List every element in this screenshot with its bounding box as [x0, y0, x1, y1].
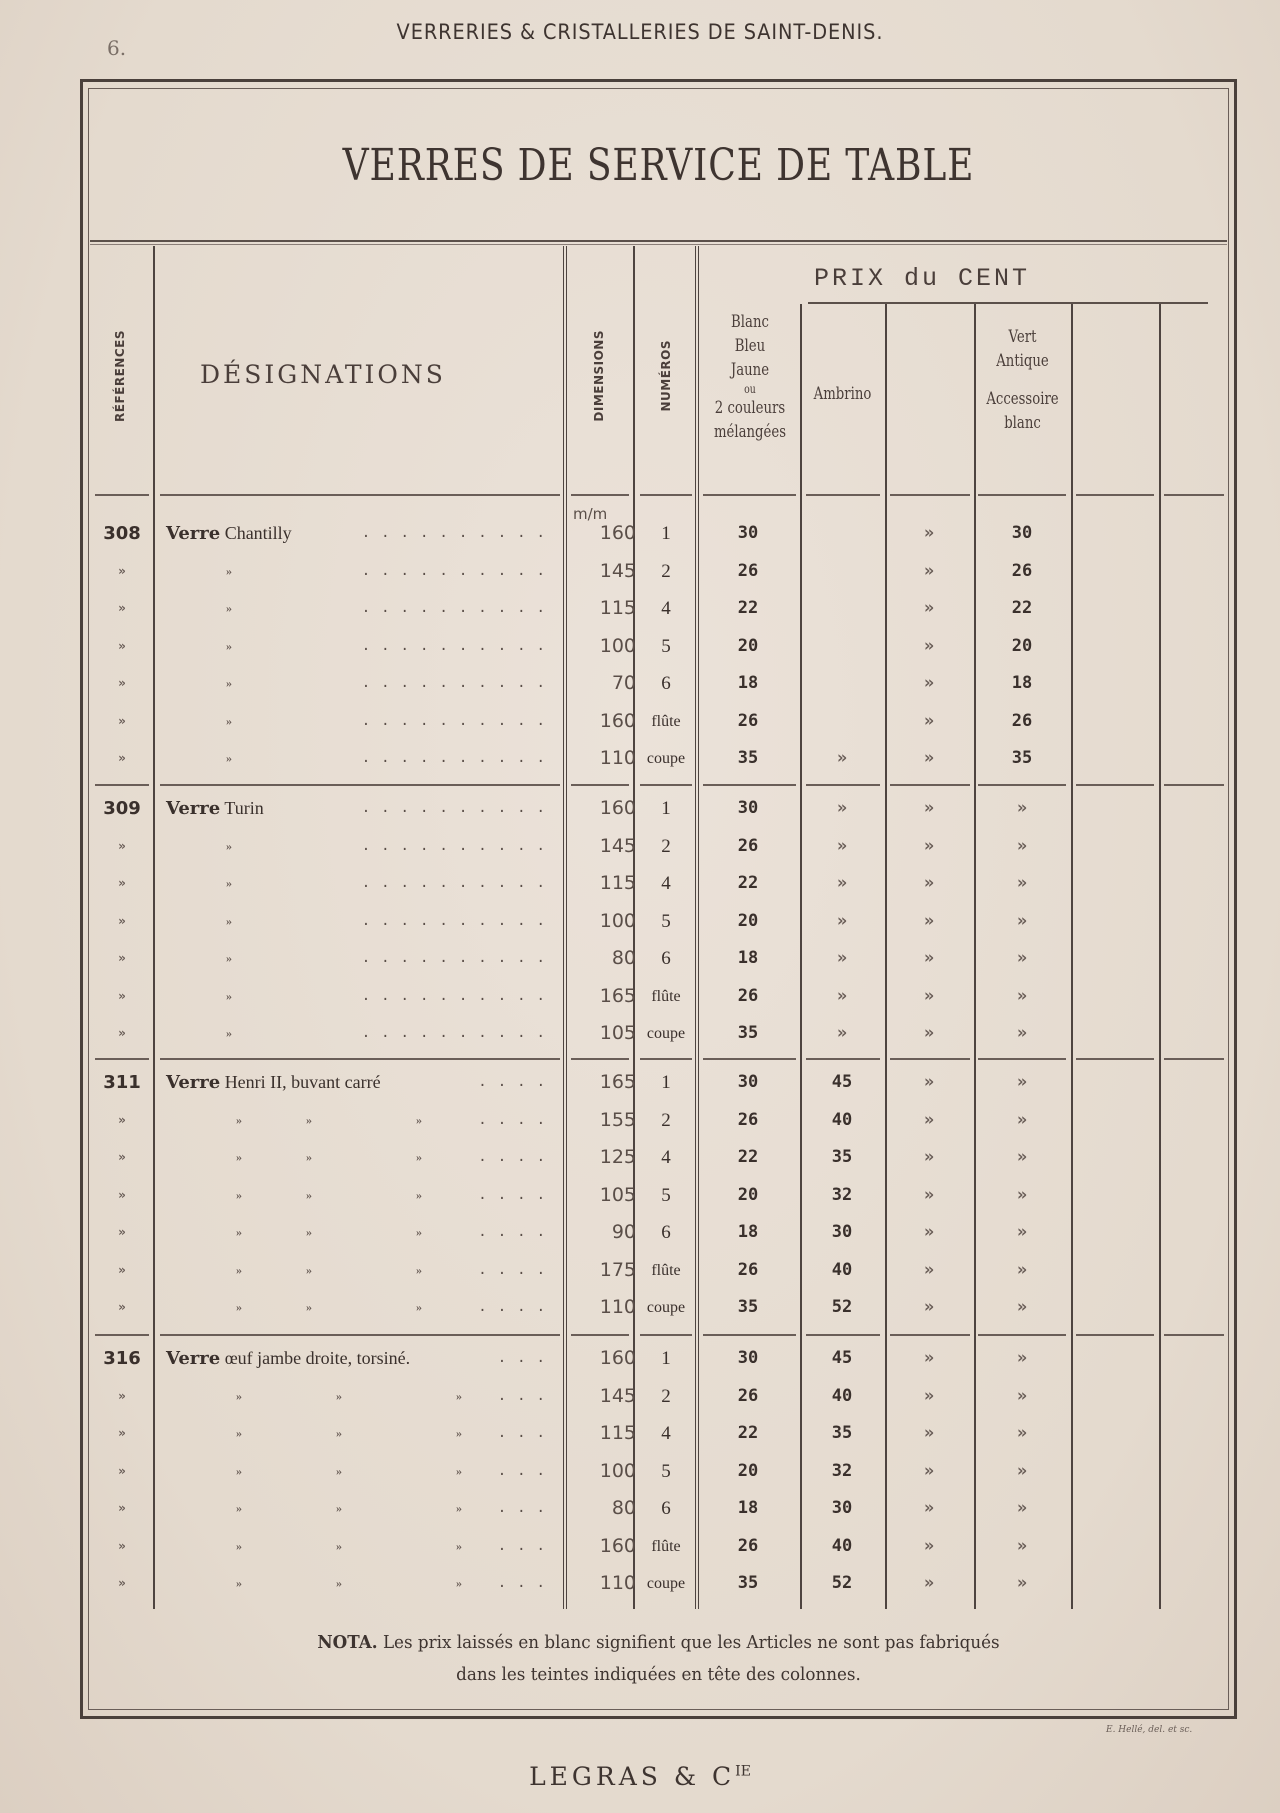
ditto-mark: » [92, 940, 152, 977]
designation-verre: Verre [166, 798, 220, 819]
ditto-mark: » [306, 1102, 312, 1139]
header-col-vert: Vert Antique Accessoire blanc [978, 325, 1068, 435]
table-row: 309Verre Turin..........160130»»» [88, 790, 1229, 827]
group-rule [890, 1334, 970, 1336]
group-rule [1076, 784, 1154, 786]
group-rule [1076, 1334, 1154, 1336]
catalog-page: 6. VERRERIES & CRISTALLERIES DE SAINT-DE… [0, 0, 1280, 1813]
numero-value: 4 [636, 1415, 696, 1452]
dimension-value: 100 [568, 1453, 636, 1490]
header-vert-line: Vert [978, 325, 1068, 349]
dot-leader: .......... [362, 865, 556, 902]
dot-leader: .......... [362, 553, 556, 590]
dimension-value: 105 [568, 1177, 636, 1214]
ditto-mark: » [416, 1139, 422, 1176]
price-vert: » [974, 1528, 1070, 1565]
designation: »»»... [166, 1528, 556, 1565]
rule [640, 494, 692, 496]
numero-value: coupe [636, 1565, 696, 1602]
table-row: »»»»....10552032»» [88, 1177, 1229, 1214]
price-blanc: 26 [700, 1102, 796, 1139]
numero-value: 5 [636, 1177, 696, 1214]
ditto-mark: » [336, 1378, 342, 1415]
table-row: »»..........145226»26 [88, 553, 1229, 590]
price-col3: » [885, 940, 973, 977]
designation-verre: Verre [166, 1072, 220, 1093]
designation: ».......... [166, 1015, 556, 1052]
designation: »»»... [166, 1453, 556, 1490]
header-blanc-line: 2 couleurs [703, 396, 797, 420]
ditto-mark: » [226, 665, 232, 702]
table-row: 311Verre Henri II, buvant carré....16513… [88, 1064, 1229, 1101]
table-row: »»»»....110coupe3552»» [88, 1289, 1229, 1326]
ditto-mark: » [92, 1378, 152, 1415]
price-ambrino: 35 [800, 1139, 884, 1176]
price-col3: » [885, 1565, 973, 1602]
group-rule [978, 1334, 1066, 1336]
price-blanc: 30 [700, 515, 796, 552]
designation: »»»... [166, 1378, 556, 1415]
price-blanc: 35 [700, 1015, 796, 1052]
designation: ».......... [166, 828, 556, 865]
price-ambrino: 40 [800, 1528, 884, 1565]
dimension-value: 160 [568, 1528, 636, 1565]
rule [1164, 494, 1224, 496]
reference-number: 308 [92, 515, 152, 552]
dimension-value: 115 [568, 865, 636, 902]
table-row: »»..........105coupe35»»» [88, 1015, 1229, 1052]
price-blanc: 18 [700, 665, 796, 702]
price-ambrino: 45 [800, 1064, 884, 1101]
price-blanc: 18 [700, 940, 796, 977]
ditto-mark: » [236, 1177, 242, 1214]
header-prix-du-cent: PRIX du CENT [814, 264, 1030, 293]
price-vert: » [974, 1378, 1070, 1415]
dot-leader: .......... [362, 940, 556, 977]
numero-value: flûte [636, 703, 696, 740]
ditto-mark: » [226, 553, 232, 590]
numero-value: coupe [636, 1289, 696, 1326]
group-rule [703, 1058, 796, 1060]
numero-value: 1 [636, 1064, 696, 1101]
price-vert: 30 [974, 515, 1070, 552]
ditto-mark: » [226, 865, 232, 902]
dimension-value: 145 [568, 1378, 636, 1415]
price-blanc: 35 [700, 740, 796, 777]
table-row: »»..........80618»»» [88, 940, 1229, 977]
price-ambrino: » [800, 828, 884, 865]
table-row: »»..........160flûte26»26 [88, 703, 1229, 740]
price-ambrino [800, 515, 884, 552]
ditto-mark: » [92, 978, 152, 1015]
price-vert: » [974, 1252, 1070, 1289]
group-rule [571, 1058, 629, 1060]
ditto-mark: » [236, 1102, 242, 1139]
table-row: »»..........115422»»» [88, 865, 1229, 902]
designation: ».......... [166, 903, 556, 940]
group-rule [640, 1334, 692, 1336]
engraver-credit: E. Hellé, del. et sc. [1106, 1725, 1192, 1735]
dot-leader: ... [498, 1378, 556, 1415]
table-row: »»»»....175flûte2640»» [88, 1252, 1229, 1289]
ditto-mark: » [236, 1490, 242, 1527]
price-blanc: 22 [700, 865, 796, 902]
designation: ».......... [166, 628, 556, 665]
price-col3: » [885, 703, 973, 740]
dot-leader: .......... [362, 590, 556, 627]
price-ambrino: 45 [800, 1340, 884, 1377]
ditto-mark: » [92, 865, 152, 902]
price-blanc: 18 [700, 1214, 796, 1251]
table-row: »»»»...8061830»» [88, 1490, 1229, 1527]
numero-value: 2 [636, 1378, 696, 1415]
price-vert: 26 [974, 703, 1070, 740]
ditto-mark: » [336, 1565, 342, 1602]
price-col3: » [885, 828, 973, 865]
price-ambrino: 52 [800, 1565, 884, 1602]
numero-value: 6 [636, 940, 696, 977]
price-col3: » [885, 1528, 973, 1565]
price-vert: 35 [974, 740, 1070, 777]
price-col3: » [885, 1064, 973, 1101]
header-blanc-line: Bleu [703, 334, 797, 358]
price-vert: » [974, 1565, 1070, 1602]
ditto-mark: » [92, 1214, 152, 1251]
price-blanc: 26 [700, 703, 796, 740]
rule [160, 494, 560, 496]
table-row: 316Verre œuf jambe droite, torsiné....16… [88, 1340, 1229, 1377]
group-rule [890, 784, 970, 786]
dot-leader: ... [498, 1415, 556, 1452]
group-rule [640, 784, 692, 786]
header-vert-line: Accessoire [978, 387, 1068, 411]
table-row: »»»»...14522640»» [88, 1378, 1229, 1415]
header-designations: DÉSIGNATIONS [200, 360, 446, 389]
ditto-mark: » [92, 703, 152, 740]
table-row: »»..........100520»»» [88, 903, 1229, 940]
publisher-footer: LEGRAS & CIE [0, 1762, 1280, 1791]
ditto-mark: » [416, 1289, 422, 1326]
dimension-value: 115 [568, 1415, 636, 1452]
ditto-mark: » [226, 903, 232, 940]
ditto-mark: » [306, 1177, 312, 1214]
ditto-mark: » [92, 1139, 152, 1176]
price-ambrino: » [800, 940, 884, 977]
page-title: VERRES DE SERVICE DE TABLE [191, 140, 1127, 191]
designation: Verre œuf jambe droite, torsiné.... [166, 1340, 556, 1377]
price-blanc: 20 [700, 1453, 796, 1490]
group-rule [160, 1058, 560, 1060]
rule [890, 494, 970, 496]
numero-value: 2 [636, 1102, 696, 1139]
header-numeros: NUMÉROS [659, 340, 673, 412]
dot-leader: .......... [362, 628, 556, 665]
designation: »»».... [166, 1139, 556, 1176]
price-ambrino [800, 553, 884, 590]
group-rule [95, 784, 149, 786]
price-ambrino: 32 [800, 1453, 884, 1490]
header-vert-line: blanc [978, 411, 1068, 435]
ditto-mark: » [236, 1415, 242, 1452]
group-rule [806, 1058, 880, 1060]
dot-leader: .......... [362, 665, 556, 702]
ditto-mark: » [236, 1378, 242, 1415]
ditto-mark: » [226, 703, 232, 740]
dimension-value: 110 [568, 740, 636, 777]
dot-leader: .... [478, 1139, 556, 1176]
price-ambrino: 40 [800, 1252, 884, 1289]
ditto-mark: » [92, 628, 152, 665]
designation-verre: Verre [166, 523, 220, 544]
designation-name: œuf jambe droite, torsiné. [225, 1348, 410, 1368]
ditto-mark: » [236, 1214, 242, 1251]
dot-leader: .......... [362, 1015, 556, 1052]
rule [571, 494, 629, 496]
dot-leader: ... [498, 1490, 556, 1527]
price-ambrino [800, 703, 884, 740]
dimension-value: 70 [568, 665, 636, 702]
price-ambrino: 30 [800, 1214, 884, 1251]
price-col3: » [885, 978, 973, 1015]
numero-value: 1 [636, 515, 696, 552]
price-ambrino: 30 [800, 1490, 884, 1527]
ditto-mark: » [456, 1490, 462, 1527]
dot-leader: ... [498, 1453, 556, 1490]
price-ambrino [800, 590, 884, 627]
dot-leader: .... [478, 1289, 556, 1326]
ditto-mark: » [226, 1015, 232, 1052]
ditto-mark: » [92, 1177, 152, 1214]
price-col3: » [885, 1015, 973, 1052]
price-blanc: 26 [700, 978, 796, 1015]
table-row: »»»»....12542235»» [88, 1139, 1229, 1176]
ditto-mark: » [92, 553, 152, 590]
table-row: »»..........70618»18 [88, 665, 1229, 702]
numero-value: coupe [636, 740, 696, 777]
ditto-mark: » [336, 1415, 342, 1452]
ditto-mark: » [92, 1565, 152, 1602]
group-rule [703, 784, 796, 786]
group-rule [640, 1058, 692, 1060]
table-row: »»»»...110coupe3552»» [88, 1565, 1229, 1602]
rule [703, 494, 796, 496]
price-vert: » [974, 1177, 1070, 1214]
price-ambrino: 35 [800, 1415, 884, 1452]
dimension-value: 100 [568, 628, 636, 665]
group-rule [703, 1334, 796, 1336]
group-rule [1164, 1334, 1224, 1336]
price-col3: » [885, 1289, 973, 1326]
numero-value: coupe [636, 1015, 696, 1052]
price-ambrino: » [800, 978, 884, 1015]
ditto-mark: » [226, 828, 232, 865]
price-ambrino: » [800, 903, 884, 940]
ditto-mark: » [236, 1252, 242, 1289]
designation: ».......... [166, 703, 556, 740]
price-blanc: 20 [700, 628, 796, 665]
designation-name: Turin [224, 798, 263, 818]
rule [806, 494, 880, 496]
price-vert: » [974, 1214, 1070, 1251]
price-blanc: 35 [700, 1289, 796, 1326]
ditto-mark: » [92, 1415, 152, 1452]
designation: ».......... [166, 665, 556, 702]
group-rule [806, 784, 880, 786]
group-rule [160, 1334, 560, 1336]
header-col-blanc: Blanc Bleu Jaune ou 2 couleurs mélangées [703, 310, 797, 444]
dimension-value: 80 [568, 940, 636, 977]
dimension-value: 160 [568, 515, 636, 552]
price-vert: 22 [974, 590, 1070, 627]
price-blanc: 26 [700, 553, 796, 590]
price-col3: » [885, 1177, 973, 1214]
dimension-value: 145 [568, 828, 636, 865]
price-vert: » [974, 1453, 1070, 1490]
dimension-value: 160 [568, 703, 636, 740]
dot-leader: ... [498, 1565, 556, 1602]
table-row: »»..........165flûte26»»» [88, 978, 1229, 1015]
price-vert: 20 [974, 628, 1070, 665]
header-dimensions: DIMENSIONS [592, 330, 606, 422]
price-ambrino: 52 [800, 1289, 884, 1326]
rule [95, 494, 149, 496]
price-ambrino: 32 [800, 1177, 884, 1214]
price-vert: » [974, 1340, 1070, 1377]
ditto-mark: » [336, 1528, 342, 1565]
nota-footnote: NOTA. Les prix laissés en blanc signifie… [128, 1627, 1189, 1691]
price-blanc: 22 [700, 1415, 796, 1452]
ditto-mark: » [226, 628, 232, 665]
designation: ».......... [166, 865, 556, 902]
dot-leader: .......... [362, 828, 556, 865]
ditto-mark: » [226, 978, 232, 1015]
header-blanc-line: Blanc [703, 310, 797, 334]
numero-value: 5 [636, 903, 696, 940]
price-vert: » [974, 1415, 1070, 1452]
numero-value: 5 [636, 628, 696, 665]
price-blanc: 30 [700, 790, 796, 827]
ditto-mark: » [456, 1528, 462, 1565]
table-row: »»»»...160flûte2640»» [88, 1528, 1229, 1565]
dot-leader: .......... [362, 790, 556, 827]
price-blanc: 26 [700, 1378, 796, 1415]
designation: »»».... [166, 1102, 556, 1139]
price-col3: » [885, 865, 973, 902]
price-ambrino: » [800, 1015, 884, 1052]
group-rule [978, 784, 1066, 786]
price-ambrino: 40 [800, 1102, 884, 1139]
designation: ».......... [166, 740, 556, 777]
ditto-mark: » [336, 1490, 342, 1527]
price-vert: » [974, 1015, 1070, 1052]
group-rule [95, 1058, 149, 1060]
price-vert: » [974, 978, 1070, 1015]
price-col3: » [885, 1214, 973, 1251]
dot-leader: .......... [362, 740, 556, 777]
price-col3: » [885, 1340, 973, 1377]
dot-leader: .......... [362, 703, 556, 740]
price-blanc: 26 [700, 828, 796, 865]
ditto-mark: » [92, 590, 152, 627]
price-vert: » [974, 1490, 1070, 1527]
designation: »»».... [166, 1252, 556, 1289]
price-blanc: 22 [700, 1139, 796, 1176]
dot-leader: .... [478, 1064, 556, 1101]
ditto-mark: » [236, 1565, 242, 1602]
price-vert: 18 [974, 665, 1070, 702]
header-rule [90, 240, 1227, 245]
ditto-mark: » [456, 1415, 462, 1452]
ditto-mark: » [92, 903, 152, 940]
dimension-value: 80 [568, 1490, 636, 1527]
price-ambrino: » [800, 865, 884, 902]
dimension-value: 145 [568, 553, 636, 590]
dimension-value: 175 [568, 1252, 636, 1289]
designation: Verre Henri II, buvant carré.... [166, 1064, 556, 1101]
price-blanc: 22 [700, 590, 796, 627]
table-row: »»..........145226»»» [88, 828, 1229, 865]
dimension-value: 155 [568, 1102, 636, 1139]
price-col3: » [885, 665, 973, 702]
dimension-value: 105 [568, 1015, 636, 1052]
table-row: »»»»...10052032»» [88, 1453, 1229, 1490]
price-col3: » [885, 553, 973, 590]
designation: »»».... [166, 1177, 556, 1214]
designation: »»».... [166, 1214, 556, 1251]
ditto-mark: » [226, 740, 232, 777]
numero-value: 4 [636, 1139, 696, 1176]
price-vert: » [974, 940, 1070, 977]
price-col3: » [885, 1102, 973, 1139]
table-row: »»..........115422»22 [88, 590, 1229, 627]
price-col3: » [885, 1252, 973, 1289]
group-rule [571, 1334, 629, 1336]
table-row: »»»»...11542235»» [88, 1415, 1229, 1452]
numero-value: 5 [636, 1453, 696, 1490]
price-vert: » [974, 1139, 1070, 1176]
ditto-mark: » [236, 1289, 242, 1326]
price-blanc: 18 [700, 1490, 796, 1527]
designation: »»»... [166, 1415, 556, 1452]
table-row: »»»»....15522640»» [88, 1102, 1229, 1139]
ditto-mark: » [236, 1453, 242, 1490]
dot-leader: ... [498, 1340, 556, 1377]
price-col3: » [885, 628, 973, 665]
price-col3: » [885, 740, 973, 777]
ditto-mark: » [226, 590, 232, 627]
numero-value: 1 [636, 1340, 696, 1377]
price-vert: » [974, 828, 1070, 865]
publisher-suffix: IE [735, 1764, 751, 1780]
dimension-value: 115 [568, 590, 636, 627]
price-vert: » [974, 1289, 1070, 1326]
ditto-mark: » [416, 1177, 422, 1214]
group-rule [806, 1334, 880, 1336]
group-rule [95, 1334, 149, 1336]
price-ambrino [800, 628, 884, 665]
header-blanc-line: mélangées [703, 420, 797, 444]
header-references: RÉFÉRENCES [113, 330, 127, 422]
numero-value: 6 [636, 665, 696, 702]
ditto-mark: » [236, 1528, 242, 1565]
price-ambrino: » [800, 740, 884, 777]
dimension-value: 110 [568, 1565, 636, 1602]
price-col3: » [885, 590, 973, 627]
group-rule [978, 1058, 1066, 1060]
price-col3: » [885, 903, 973, 940]
table-row: »»»»....9061830»» [88, 1214, 1229, 1251]
ditto-mark: » [416, 1252, 422, 1289]
